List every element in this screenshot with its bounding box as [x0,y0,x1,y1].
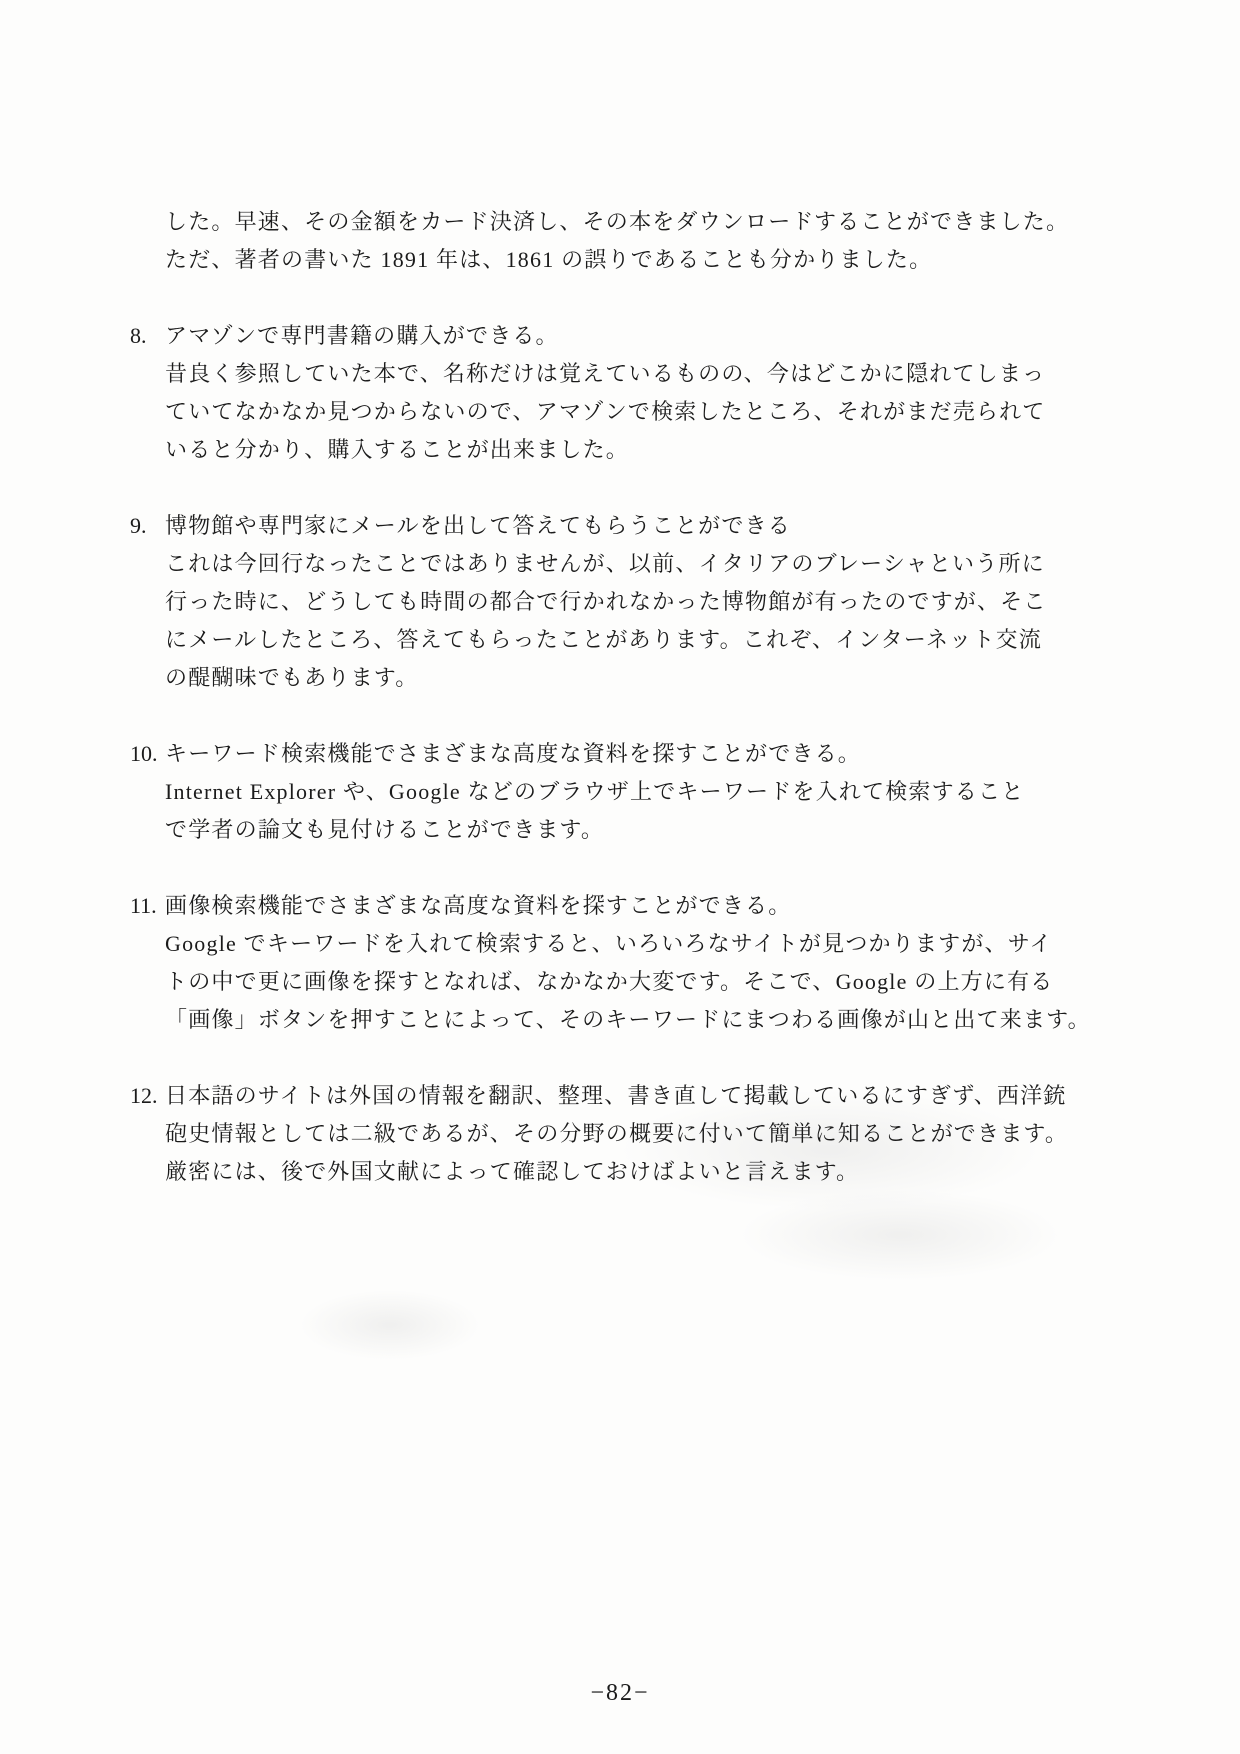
text-line: 11.画像検索機能でさまざまな高度な資料を探すことができる。 [130,887,1150,925]
text-line: 8.アマゾンで専門書籍の購入ができる。 [130,317,1150,355]
text-line: 「画像」ボタンを押すことによって、そのキーワードにまつわる画像が山と出て来ます。 [130,1001,1150,1039]
item-title-text: 日本語のサイトは外国の情報を翻訳、整理、書き直して掲載しているにすぎず、西洋銃 [165,1083,1067,1108]
text-line: ただ、著者の書いた 1891 年は、1861 の誤りであることも分かりました。 [130,241,1150,279]
list-item: 11.画像検索機能でさまざまな高度な資料を探すことができる。Google でキー… [130,887,1150,1039]
page-number: −82− [0,1678,1240,1708]
item-number: 11. [130,887,165,925]
text-line: の醍醐味でもあります。 [130,659,1150,697]
numbered-list: 8.アマゾンで専門書籍の購入ができる。昔良く参照していた本で、名称だけは覚えてい… [130,317,1150,1191]
list-item: 8.アマゾンで専門書籍の購入ができる。昔良く参照していた本で、名称だけは覚えてい… [130,317,1150,469]
text-line: で学者の論文も見付けることができます。 [130,811,1150,849]
text-block: した。早速、その金額をカード決済し、その本をダウンロードすることができました。た… [130,203,1150,1191]
item-number: 10. [130,735,165,773]
list-item: 12.日本語のサイトは外国の情報を翻訳、整理、書き直して掲載しているにすぎず、西… [130,1077,1150,1191]
item-number: 9. [130,507,165,545]
text-line: 行った時に、どうしても時間の都合で行かれなかった博物館が有ったのですが、そこ [130,583,1150,621]
text-line: トの中で更に画像を探すとなれば、なかなか大変です。そこで、Google の上方に… [130,963,1150,1001]
item-title-text: キーワード検索機能でさまざまな高度な資料を探すことができる。 [165,741,861,766]
text-line: した。早速、その金額をカード決済し、その本をダウンロードすることができました。 [130,203,1150,241]
item-number: 8. [130,317,165,355]
text-line: 12.日本語のサイトは外国の情報を翻訳、整理、書き直して掲載しているにすぎず、西… [130,1077,1150,1115]
text-line: ていてなかなか見つからないので、アマゾンで検索したところ、それがまだ売られて [130,393,1150,431]
text-line: 昔良く参照していた本で、名称だけは覚えているものの、今はどこかに隠れてしまっ [130,355,1150,393]
text-line: にメールしたところ、答えてもらったことがあります。これぞ、インターネット交流 [130,621,1150,659]
text-line: 10.キーワード検索機能でさまざまな高度な資料を探すことができる。 [130,735,1150,773]
item-number: 12. [130,1077,165,1115]
item-title-text: 博物館や専門家にメールを出して答えてもらうことができる [165,513,791,538]
text-line: 9.博物館や専門家にメールを出して答えてもらうことができる [130,507,1150,545]
item-title-text: 画像検索機能でさまざまな高度な資料を探すことができる。 [165,893,791,918]
scanned-document-page: した。早速、その金額をカード決済し、その本をダウンロードすることができました。た… [0,0,1240,1754]
text-line: これは今回行なったことではありませんが、以前、イタリアのブレーシャという所に [130,545,1150,583]
text-line: 砲史情報としては二級であるが、その分野の概要に付いて簡単に知ることができます。 [130,1115,1150,1153]
text-line: Internet Explorer や、Google などのブラウザ上でキーワー… [130,773,1150,811]
list-item: 10.キーワード検索機能でさまざまな高度な資料を探すことができる。Interne… [130,735,1150,849]
scan-artifact [300,1290,480,1360]
text-line: Google でキーワードを入れて検索すると、いろいろなサイトが見つかりますが、… [130,925,1150,963]
item-title-text: アマゾンで専門書籍の購入ができる。 [165,323,559,348]
text-line: いると分かり、購入することが出来ました。 [130,431,1150,469]
continuation-paragraph: した。早速、その金額をカード決済し、その本をダウンロードすることができました。た… [130,203,1150,279]
scan-artifact [740,1190,1060,1280]
text-line: 厳密には、後で外国文献によって確認しておけばよいと言えます。 [130,1153,1150,1191]
list-item: 9.博物館や専門家にメールを出して答えてもらうことができるこれは今回行なったこと… [130,507,1150,697]
